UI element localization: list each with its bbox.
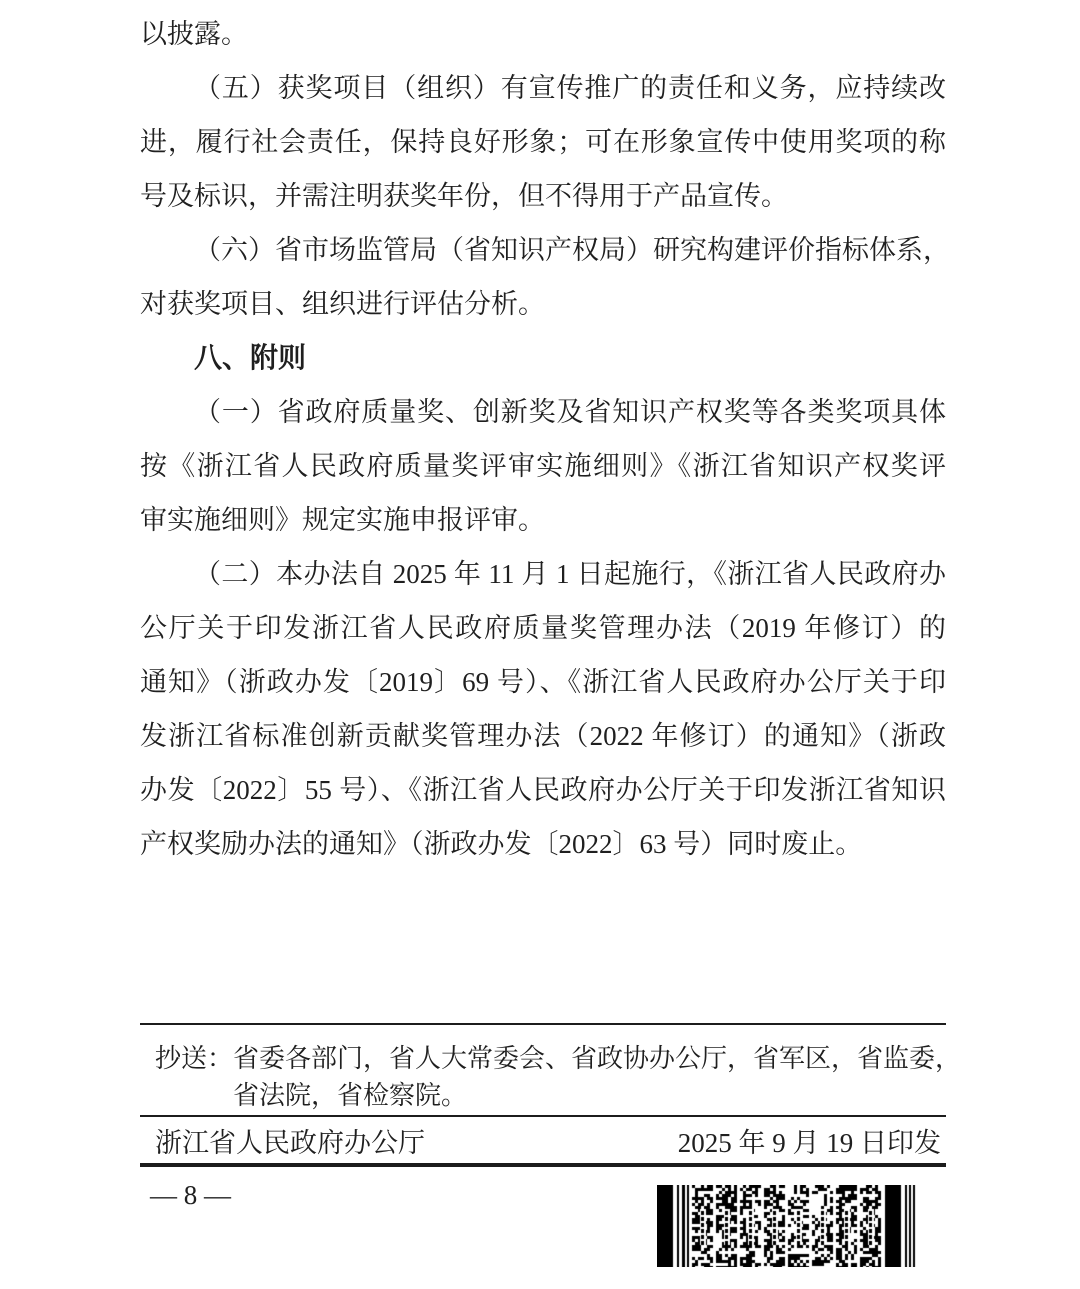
footer-divider-bottom xyxy=(140,1163,946,1167)
paragraph-line: 号及标识，并需注明获奖年份，但不得用于产品宣传。 xyxy=(140,169,946,223)
paragraph-line: （二）本办法自 2025 年 11 月 1 日起施行，《浙江省人民政府办 xyxy=(140,547,946,601)
issuing-office: 浙江省人民政府办公厅 xyxy=(155,1125,425,1161)
section-heading: 八、附则 xyxy=(140,331,946,385)
paragraph-line: 进，履行社会责任，保持良好形象；可在形象宣传中使用奖项的称 xyxy=(140,115,946,169)
paragraph-line: 产权奖励办法的通知》（浙政办发〔2022〕63 号）同时废止。 xyxy=(140,817,946,871)
document-page: 以披露。（五）获奖项目（组织）有宣传推广的责任和义务，应持续改进，履行社会责任，… xyxy=(0,0,1080,1289)
cc-line: 抄送：省委各部门，省人大常委会、省政协办公厅，省军区，省监委， xyxy=(155,1040,946,1077)
cc-recipients: 省法院，省检察院。 xyxy=(233,1081,467,1110)
cc-section: 抄送：省委各部门，省人大常委会、省政协办公厅，省军区，省监委， 省法院，省检察院… xyxy=(155,1040,946,1114)
paragraph-line: 按《浙江省人民政府质量奖评审实施细则》《浙江省知识产权奖评 xyxy=(140,439,946,493)
paragraph-line: （六）省市场监管局（省知识产权局）研究构建评价指标体系， xyxy=(140,223,946,277)
paragraph-line: 八、附则 xyxy=(140,331,946,385)
page-number: — 8 — xyxy=(150,1181,231,1209)
paragraph-line: 审实施细则》规定实施申报评审。 xyxy=(140,493,946,547)
paragraph-line: 以披露。 xyxy=(140,7,946,61)
paragraph: （二）本办法自 2025 年 11 月 1 日起施行，《浙江省人民政府办公厅关于… xyxy=(140,547,946,871)
paragraph-line: （五）获奖项目（组织）有宣传推广的责任和义务，应持续改 xyxy=(140,61,946,115)
document-body: 以披露。（五）获奖项目（组织）有宣传推广的责任和义务，应持续改进，履行社会责任，… xyxy=(140,7,946,871)
paragraph: （五）获奖项目（组织）有宣传推广的责任和义务，应持续改进，履行社会责任，保持良好… xyxy=(140,61,946,223)
footer-divider-middle xyxy=(140,1115,946,1117)
paragraph-line: 通知》（浙政办发〔2019〕69 号）、《浙江省人民政府办公厅关于印 xyxy=(140,655,946,709)
paragraph: （一）省政府质量奖、创新奖及省知识产权奖等各类奖项具体按《浙江省人民政府质量奖评… xyxy=(140,385,946,547)
footer-divider-top xyxy=(140,1023,946,1025)
print-date: 2025 年 9 月 19 日印发 xyxy=(678,1125,941,1161)
paragraph-line: （一）省政府质量奖、创新奖及省知识产权奖等各类奖项具体 xyxy=(140,385,946,439)
cc-line: 省法院，省检察院。 xyxy=(155,1077,946,1114)
cc-label: 抄送： xyxy=(155,1044,233,1073)
paragraph-line: 公厅关于印发浙江省人民政府质量奖管理办法（2019 年修订）的 xyxy=(140,601,946,655)
cc-recipients: 省委各部门，省人大常委会、省政协办公厅，省军区，省监委， xyxy=(233,1044,961,1073)
barcode-2d-icon xyxy=(657,1185,917,1267)
paragraph-line: 发浙江省标准创新贡献奖管理办法（2022 年修订）的通知》（浙政 xyxy=(140,709,946,763)
paragraph: 以披露。 xyxy=(140,7,946,61)
paragraph-line: 办发〔2022〕55 号）、《浙江省人民政府办公厅关于印发浙江省知识 xyxy=(140,763,946,817)
paragraph: （六）省市场监管局（省知识产权局）研究构建评价指标体系，对获奖项目、组织进行评估… xyxy=(140,223,946,331)
paragraph-line: 对获奖项目、组织进行评估分析。 xyxy=(140,277,946,331)
issuer-row: 浙江省人民政府办公厅 2025 年 9 月 19 日印发 xyxy=(155,1125,941,1161)
